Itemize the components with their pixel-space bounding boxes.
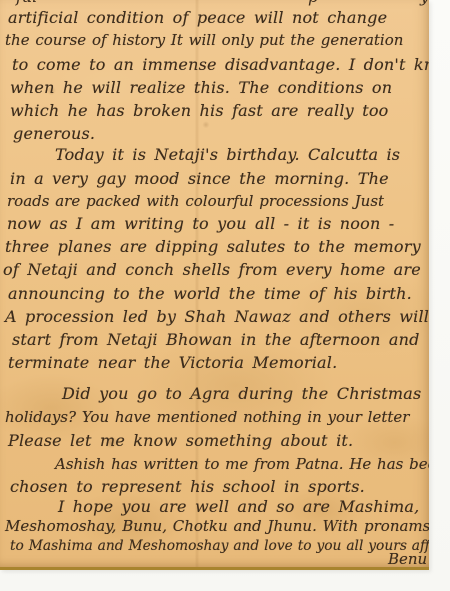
signature: Benu — [388, 550, 427, 570]
letter-line: of Netaji and conch shells from every ho… — [3, 260, 421, 279]
letter-line: Please let me know something about it. — [8, 431, 353, 450]
letter-line: announcing to the world the time of his … — [8, 284, 412, 303]
letter-line: roads are packed with colourful processi… — [7, 192, 384, 211]
cutoff-stroke-fragment: p — [308, 0, 318, 6]
letter-line: Did you go to Agra during the Christmas — [62, 384, 421, 403]
letter-line: generous. — [13, 124, 95, 143]
letter-line: holidays? You have mentioned nothing in … — [5, 408, 409, 427]
letter-line: start from Netaji Bhowan in the afternoo… — [12, 330, 420, 349]
letter-line: Ashish has written to me from Patna. He … — [55, 455, 429, 474]
letter-line: A procession led by Shah Nawaz and other… — [5, 307, 429, 326]
letter-line: terminate near the Victoria Memorial. — [8, 353, 337, 372]
letter-paper: ful p y artificial condition of peace wi… — [0, 0, 429, 570]
cutoff-word-fragment: ful — [16, 0, 37, 6]
letter-line: artificial condition of peace will not c… — [8, 8, 387, 27]
letter-line: in a very gay mood since the morning. Th… — [10, 169, 389, 188]
letter-line: the course of history It will only put t… — [5, 31, 403, 50]
letter-line: now as I am writing to you all - it is n… — [7, 214, 394, 233]
letter-line: to come to an immense disadvantage. I do… — [12, 55, 429, 74]
letter-line: which he has broken his fast are really … — [10, 101, 389, 120]
letter-line: when he will realize this. The condition… — [10, 78, 392, 97]
letter-line: to Mashima and Meshomoshay and love to y… — [10, 537, 429, 556]
letter-line: three planes are dipping salutes to the … — [5, 237, 421, 256]
letter-line: I hope you are well and so are Mashima, — [58, 497, 419, 516]
cutoff-stroke-fragment: y — [420, 0, 429, 6]
letter-line: Today it is Netaji's birthday. Calcutta … — [55, 145, 400, 164]
letter-line: chosen to represent his school in sports… — [10, 477, 365, 496]
scan-background: ful p y artificial condition of peace wi… — [0, 0, 450, 591]
letter-line: Meshomoshay, Bunu, Chotku and Jhunu. Wit… — [5, 517, 429, 536]
